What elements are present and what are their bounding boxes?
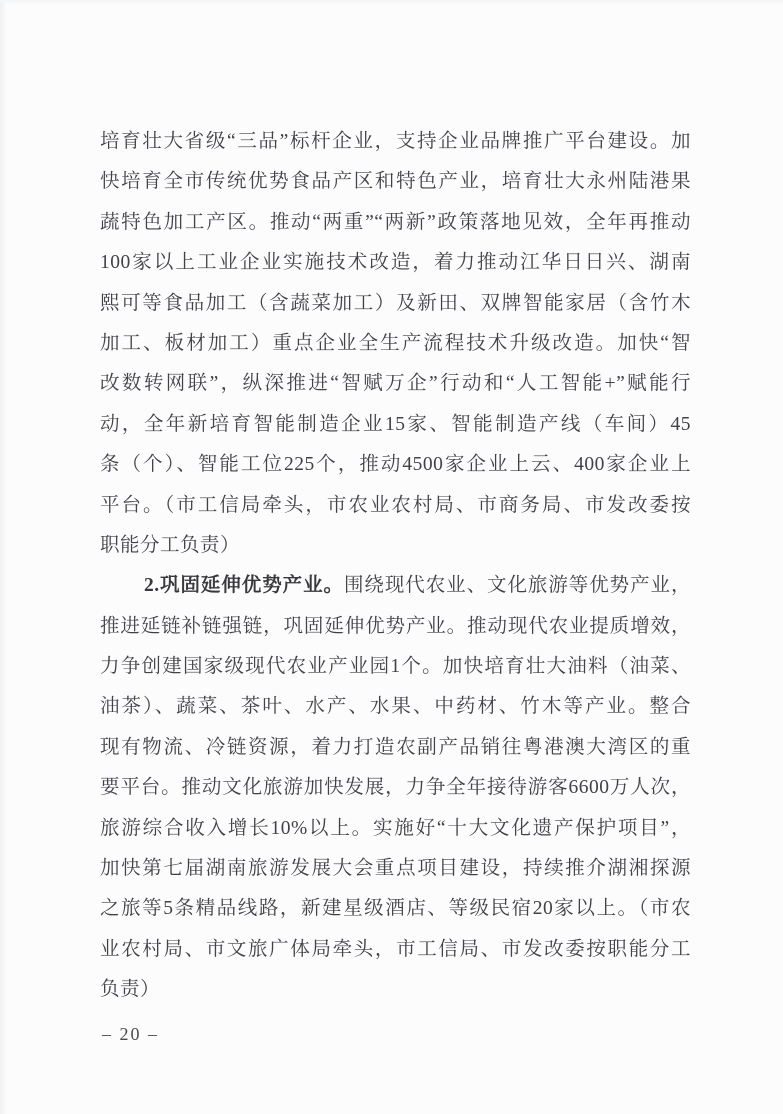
text-line: 培育壮大省级“三品”标杆企业，支持企业品牌推广平台建设。加	[100, 122, 691, 162]
text-line: 现有物流、冷链资源，着力打造农副产品销往粤港澳大湾区的重	[100, 728, 691, 768]
text-segment: 培育壮大省级“三品”标杆企业，支持企业品牌推广平台建设。加	[100, 131, 691, 152]
text-segment: 职能分工负责）	[100, 535, 240, 556]
text-line: 改数转网联”，纵深推进“智赋万企”行动和“人工智能+”赋能行	[100, 364, 691, 404]
text-line: 条（个）、智能工位225个，推动4500家企业上云、400家企业上	[100, 445, 691, 485]
text-segment: 要平台。推动文化旅游加快发展，力争全年接待游客6600万人次，	[100, 777, 691, 798]
text-block: 培育壮大省级“三品”标杆企业，支持企业品牌推广平台建设。加快培育全市传统优势食品…	[100, 122, 691, 1011]
text-segment: 条（个）、智能工位225个，推动4500家企业上云、400家企业上	[100, 454, 691, 475]
text-line: 蔬特色加工产区。推动“两重”“两新”政策落地见效，全年再推动	[100, 203, 691, 243]
text-segment: 业农村局、市文旅广体局牵头，市工信局、市发改委按职能分工	[100, 939, 691, 960]
text-segment: 现有物流、冷链资源，着力打造农副产品销往粤港澳大湾区的重	[100, 737, 691, 758]
text-line: 力争创建国家级现代农业产业园1个。加快培育壮大油料（油菜、	[100, 647, 691, 687]
text-line: 油茶）、蔬菜、茶叶、水产、水果、中药材、竹木等产业。整合	[100, 687, 691, 727]
text-segment: 之旅等5条精品线路，新建星级酒店、等级民宿20家以上。（市农	[100, 898, 691, 919]
text-segment: 动，全年新培育智能制造企业15家、智能制造产线（车间）45	[100, 414, 691, 435]
text-segment: 围绕现代农业、文化旅游等优势产业，	[344, 575, 691, 596]
text-line: 熙可等食品加工（含蔬菜加工）及新田、双牌智能家居（含竹木	[100, 284, 691, 324]
page-number: – 20 –	[102, 1024, 159, 1045]
text-line: 加快第七届湖南旅游发展大会重点项目建设，持续推介湖湘探源	[100, 849, 691, 889]
text-line: 加工、板材加工）重点企业全生产流程技术升级改造。加快“智	[100, 324, 691, 364]
text-segment: 加工、板材加工）重点企业全生产流程技术升级改造。加快“智	[100, 333, 691, 354]
text-segment: 加快第七届湖南旅游发展大会重点项目建设，持续推介湖湘探源	[100, 858, 691, 879]
text-segment: 100家以上工业企业实施技术改造，着力推动江华日日兴、湖南	[100, 252, 691, 273]
text-segment: 改数转网联”，纵深推进“智赋万企”行动和“人工智能+”赋能行	[100, 373, 691, 394]
text-segment: 快培育全市传统优势食品产区和特色产业，培育壮大永州陆港果	[100, 171, 691, 192]
text-line: 旅游综合收入增长10%以上。实施好“十大文化遗产保护项目”，	[100, 809, 691, 849]
text-segment: 平台。（市工信局牵头，市农业农村局、市商务局、市发改委按	[100, 495, 691, 516]
text-line: 之旅等5条精品线路，新建星级酒店、等级民宿20家以上。（市农	[100, 889, 691, 929]
text-segment: 推进延链补链强链，巩固延伸优势产业。推动现代农业提质增效，	[100, 616, 691, 637]
text-segment: 力争创建国家级现代农业产业园1个。加快培育壮大油料（油菜、	[100, 656, 691, 677]
text-line: 2.巩固延伸优势产业。围绕现代农业、文化旅游等优势产业，	[100, 566, 691, 606]
text-line: 要平台。推动文化旅游加快发展，力争全年接待游客6600万人次，	[100, 768, 691, 808]
text-segment: 负责）	[100, 979, 160, 1000]
paragraph-industry-upgrade: 培育壮大省级“三品”标杆企业，支持企业品牌推广平台建设。加快培育全市传统优势食品…	[100, 122, 691, 566]
text-line: 负责）	[100, 970, 691, 1010]
text-line: 推进延链补链强链，巩固延伸优势产业。推动现代农业提质增效，	[100, 607, 691, 647]
text-line: 快培育全市传统优势食品产区和特色产业，培育壮大永州陆港果	[100, 162, 691, 202]
text-line: 业农村局、市文旅广体局牵头，市工信局、市发改委按职能分工	[100, 930, 691, 970]
text-segment: 蔬特色加工产区。推动“两重”“两新”政策落地见效，全年再推动	[100, 212, 691, 233]
text-line: 平台。（市工信局牵头，市农业农村局、市商务局、市发改委按	[100, 486, 691, 526]
text-line: 职能分工负责）	[100, 526, 691, 566]
text-segment: 熙可等食品加工（含蔬菜加工）及新田、双牌智能家居（含竹木	[100, 293, 691, 314]
text-line: 动，全年新培育智能制造企业15家、智能制造产线（车间）45	[100, 405, 691, 445]
text-line: 100家以上工业企业实施技术改造，着力推动江华日日兴、湖南	[100, 243, 691, 283]
text-segment: 旅游综合收入增长10%以上。实施好“十大文化遗产保护项目”，	[100, 818, 691, 839]
text-segment: 油茶）、蔬菜、茶叶、水产、水果、中药材、竹木等产业。整合	[100, 696, 691, 717]
document-page: 培育壮大省级“三品”标杆企业，支持企业品牌推广平台建设。加快培育全市传统优势食品…	[0, 0, 783, 1114]
bold-heading-segment: 2.巩固延伸优势产业。	[144, 575, 344, 596]
paragraph-advantage-industries: 2.巩固延伸优势产业。围绕现代农业、文化旅游等优势产业，推进延链补链强链，巩固延…	[100, 566, 691, 1010]
